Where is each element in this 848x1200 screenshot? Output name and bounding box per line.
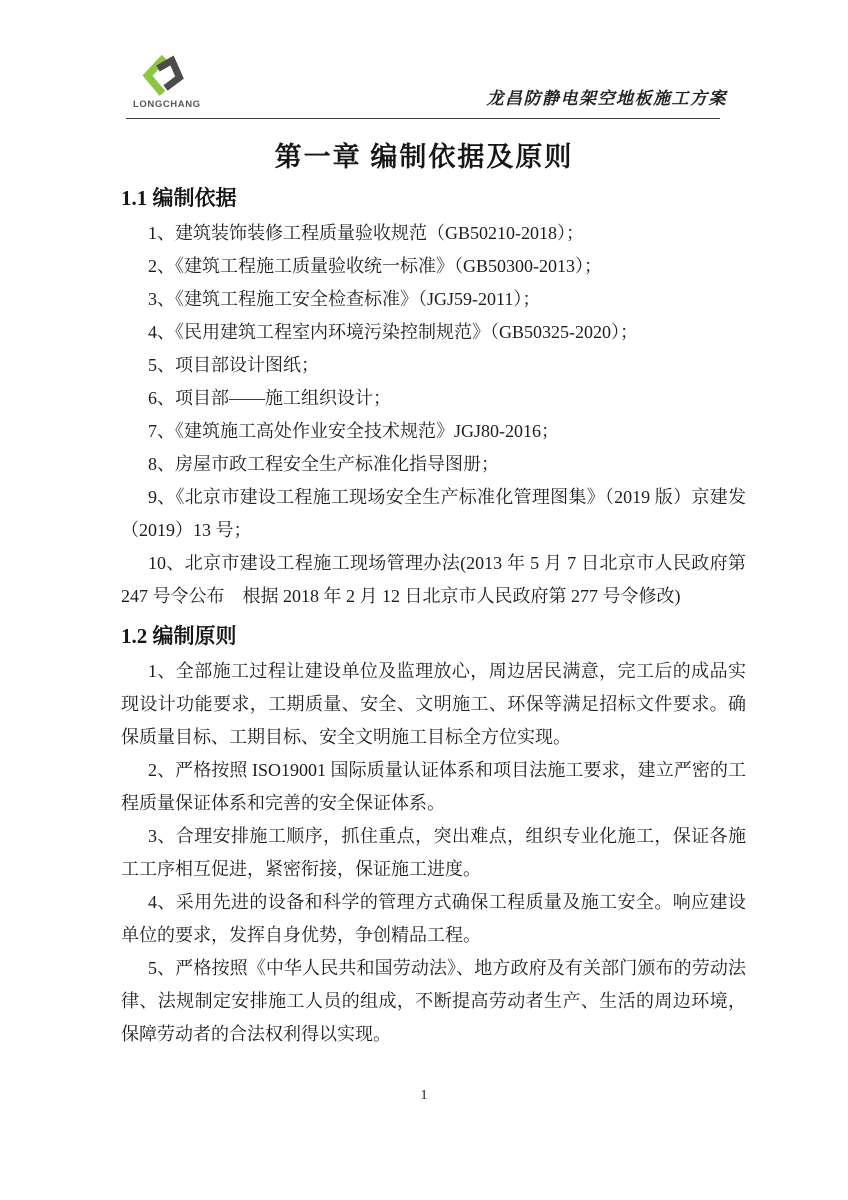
header-divider <box>126 118 720 119</box>
page-number: 1 <box>421 1088 428 1103</box>
reference-item: 3、《建筑工程施工安全检查标准》（JGJ59-2011）； <box>121 283 746 316</box>
reference-item: 4、《民用建筑工程室内环境污染控制规范》（GB50325-2020）； <box>121 316 746 349</box>
header-doc-title: 龙昌防静电架空地板施工方案 <box>487 84 728 110</box>
reference-item: 5、项目部设计图纸； <box>121 349 746 382</box>
chapter-title: 第一章 编制依据及原则 <box>0 139 848 175</box>
reference-item: 10、北京市建设工程施工现场管理办法(2013 年 5 月 7 日北京市人民政府… <box>121 547 746 613</box>
reference-item: 8、房屋市政工程安全生产标准化指导图册； <box>121 448 746 481</box>
document-body: 1.1 编制依据 1、建筑装饰装修工程质量验收规范（GB50210-2018）；… <box>0 182 848 1051</box>
longchang-logo-icon <box>133 54 201 96</box>
principle-item: 4、采用先进的设备和科学的管理方式确保工程质量及施工安全。响应建设单位的要求，发… <box>121 886 746 952</box>
reference-item: 9、《北京市建设工程施工现场安全生产标准化管理图集》（2019 版）京建发（20… <box>121 481 746 547</box>
reference-item: 6、项目部——施工组织设计； <box>121 382 746 415</box>
logo: LONGCHANG <box>133 54 201 110</box>
document-page: LONGCHANG 龙昌防静电架空地板施工方案 第一章 编制依据及原则 1.1 … <box>0 0 848 1200</box>
reference-item: 1、建筑装饰装修工程质量验收规范（GB50210-2018）； <box>121 217 746 250</box>
page-footer: 1 <box>0 1088 848 1104</box>
reference-item: 7、《建筑施工高处作业安全技术规范》JGJ80-2016； <box>121 415 746 448</box>
logo-dark-chevron <box>158 61 180 89</box>
section-heading-1-1: 1.1 编制依据 <box>121 182 746 215</box>
section-heading-1-2: 1.2 编制原则 <box>121 620 746 653</box>
principle-item: 2、严格按照 ISO19001 国际质量认证体系和项目法施工要求，建立严密的工程… <box>121 754 746 820</box>
principle-item: 5、严格按照《中华人民共和国劳动法》、地方政府及有关部门颁布的劳动法律、法规制定… <box>121 952 746 1051</box>
page-header: LONGCHANG 龙昌防静电架空地板施工方案 <box>0 0 848 114</box>
principle-item: 1、全部施工过程让建设单位及监理放心，周边居民满意，完工后的成品实现设计功能要求… <box>121 655 746 754</box>
logo-wordmark: LONGCHANG <box>133 99 201 110</box>
reference-item: 2、《建筑工程施工质量验收统一标准》（GB50300-2013）； <box>121 250 746 283</box>
principle-item: 3、合理安排施工顺序，抓住重点，突出难点，组织专业化施工，保证各施工工序相互促进… <box>121 820 746 886</box>
